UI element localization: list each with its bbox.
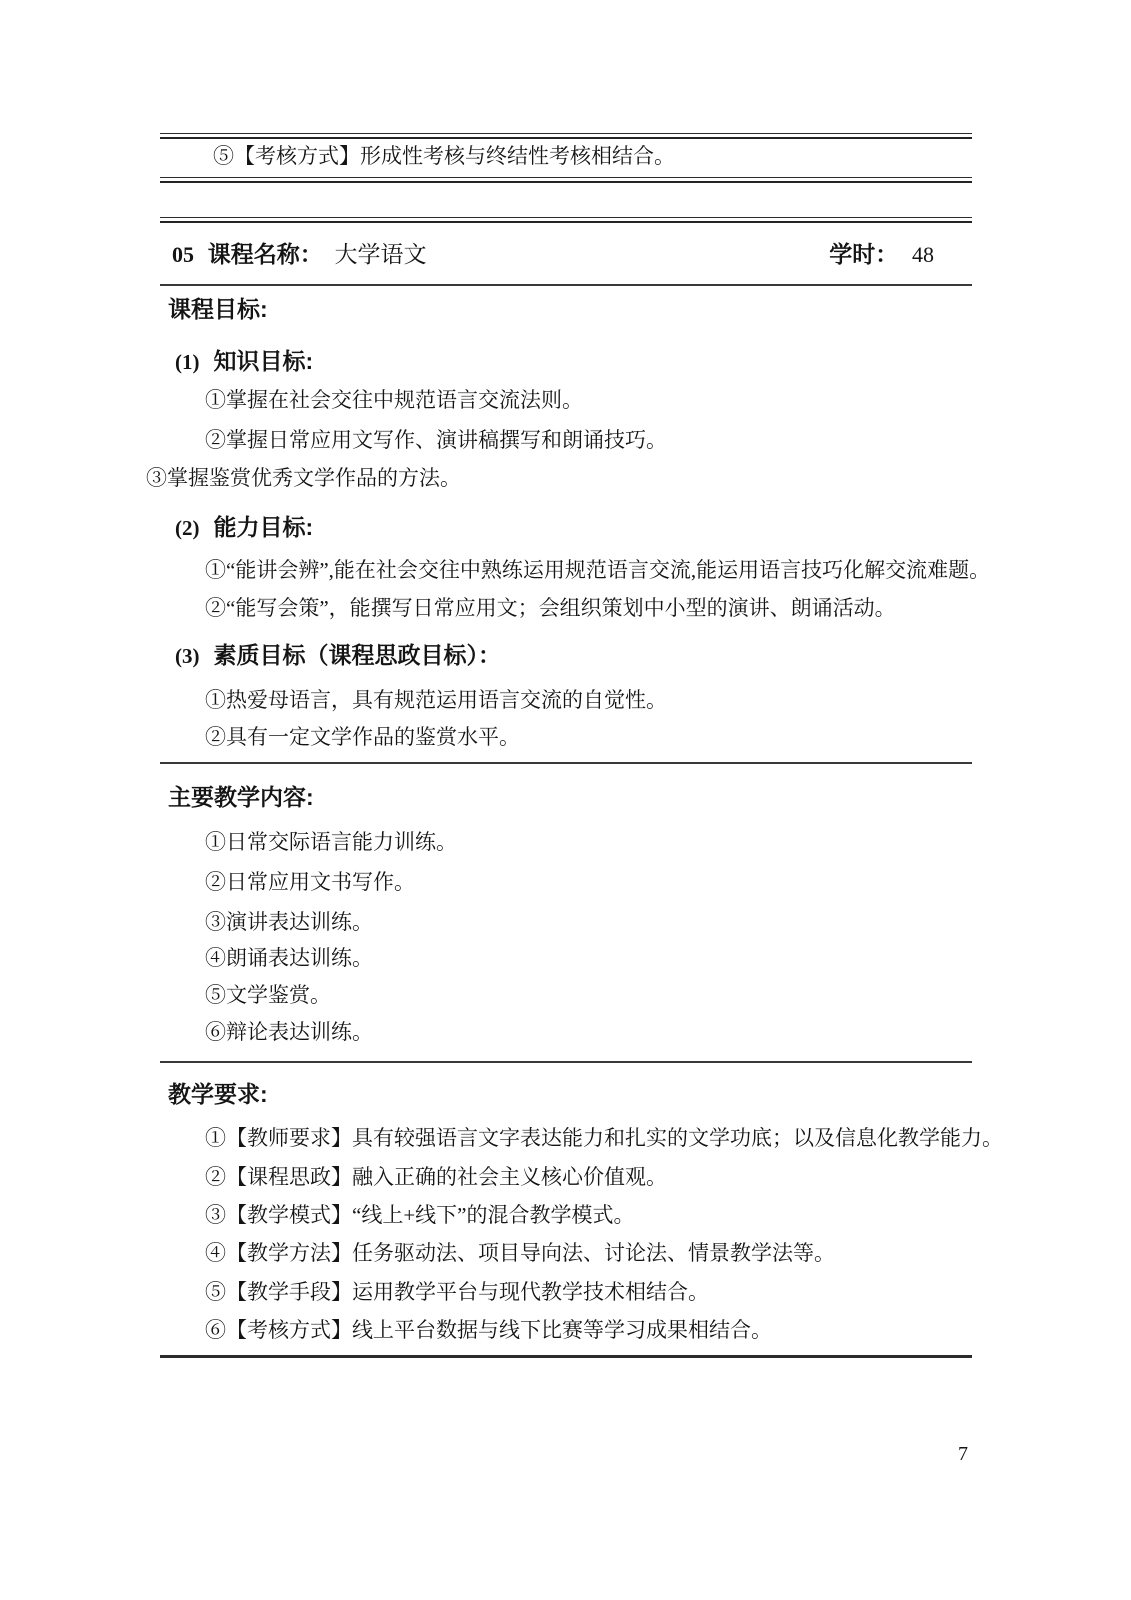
rule-after-content	[160, 1061, 972, 1063]
content-item-6: ⑥辩论表达训练。	[205, 1013, 373, 1051]
requirement-item-6: ⑥【考核方式】线上平台数据与线下比赛等学习成果相结合。	[205, 1311, 772, 1349]
ability-item-1: ①“能讲会辨”,能在社会交往中熟练运用规范语言交流,能运用语言技巧化解交流难题。	[205, 551, 990, 589]
requirement-item-1: ①【教师要求】具有较强语言文字表达能力和扎实的文学功底；以及信息化教学能力。	[205, 1119, 1003, 1157]
content-item-4: ④朗诵表达训练。	[205, 939, 373, 977]
requirement-item-4: ④【教学方法】任务驱动法、项目导向法、讨论法、情景教学法等。	[205, 1234, 835, 1272]
knowledge-item-1: ①掌握在社会交往中规范语言交流法则。	[205, 381, 583, 419]
quality-heading-number: (3)	[175, 644, 200, 668]
quality-item-1: ①热爱母语言，具有规范运用语言交流的自觉性。	[205, 681, 667, 719]
rule-table-bottom	[160, 1355, 972, 1358]
hours-value: 48	[912, 242, 934, 267]
quality-item-2: ②具有一定文学作品的鉴赏水平。	[205, 718, 520, 756]
course-header-row: 05 课程名称： 大学语文 学时： 48	[160, 221, 972, 283]
content-title: 主要教学内容:	[168, 781, 314, 813]
requirement-item-5: ⑤【教学手段】运用教学平台与现代教学技术相结合。	[205, 1273, 709, 1311]
content-item-5: ⑤文学鉴赏。	[205, 976, 331, 1014]
knowledge-objectives-heading: (1)知识目标:	[175, 345, 313, 378]
knowledge-item-3: ③掌握鉴赏优秀文学作品的方法。	[146, 459, 461, 497]
knowledge-item-2: ②掌握日常应用文写作、演讲稿撰写和朗诵技巧。	[205, 421, 667, 459]
content-item-3: ③演讲表达训练。	[205, 903, 373, 941]
requirement-item-2: ②【课程思政】融入正确的社会主义核心价值观。	[205, 1158, 667, 1196]
content-item-1: ①日常交际语言能力训练。	[205, 823, 457, 861]
rule-after-header	[160, 284, 972, 286]
course-code: 05	[172, 242, 194, 267]
ability-heading-text: 能力目标:	[214, 514, 314, 540]
quality-objectives-heading: (3)素质目标（课程思政目标）：	[175, 639, 501, 672]
requirement-item-3: ③【教学模式】“线上+线下”的混合教学模式。	[205, 1196, 634, 1234]
course-title-group: 05 课程名称： 大学语文	[160, 236, 427, 269]
course-name: 大学语文	[335, 241, 427, 267]
ability-objectives-heading: (2)能力目标:	[175, 511, 313, 544]
document-page: ⑤【考核方式】形成性考核与终结性考核相结合。 05 课程名称： 大学语文 学时：…	[0, 0, 1131, 1600]
knowledge-heading-text: 知识目标:	[214, 348, 314, 374]
requirements-title: 教学要求:	[168, 1078, 268, 1110]
ability-heading-number: (2)	[175, 516, 200, 540]
prev-assessment-line: ⑤【考核方式】形成性考核与终结性考核相结合。	[213, 136, 675, 176]
objectives-title: 课程目标:	[168, 293, 268, 325]
rule-after-objectives	[160, 762, 972, 764]
knowledge-heading-number: (1)	[175, 350, 200, 374]
ability-item-2: ②“能写会策”，能撰写日常应用文；会组织策划中小型的演讲、朗诵活动。	[205, 589, 896, 627]
course-name-label: 课程名称：	[208, 241, 323, 267]
content-item-2: ②日常应用文书写作。	[205, 863, 415, 901]
course-hours-group: 学时： 48	[829, 236, 934, 269]
rule-prev-bottom	[160, 177, 972, 183]
hours-label: 学时：	[829, 241, 898, 267]
page-number: 7	[958, 1443, 968, 1466]
quality-heading-text: 素质目标（课程思政目标）：	[214, 642, 502, 668]
